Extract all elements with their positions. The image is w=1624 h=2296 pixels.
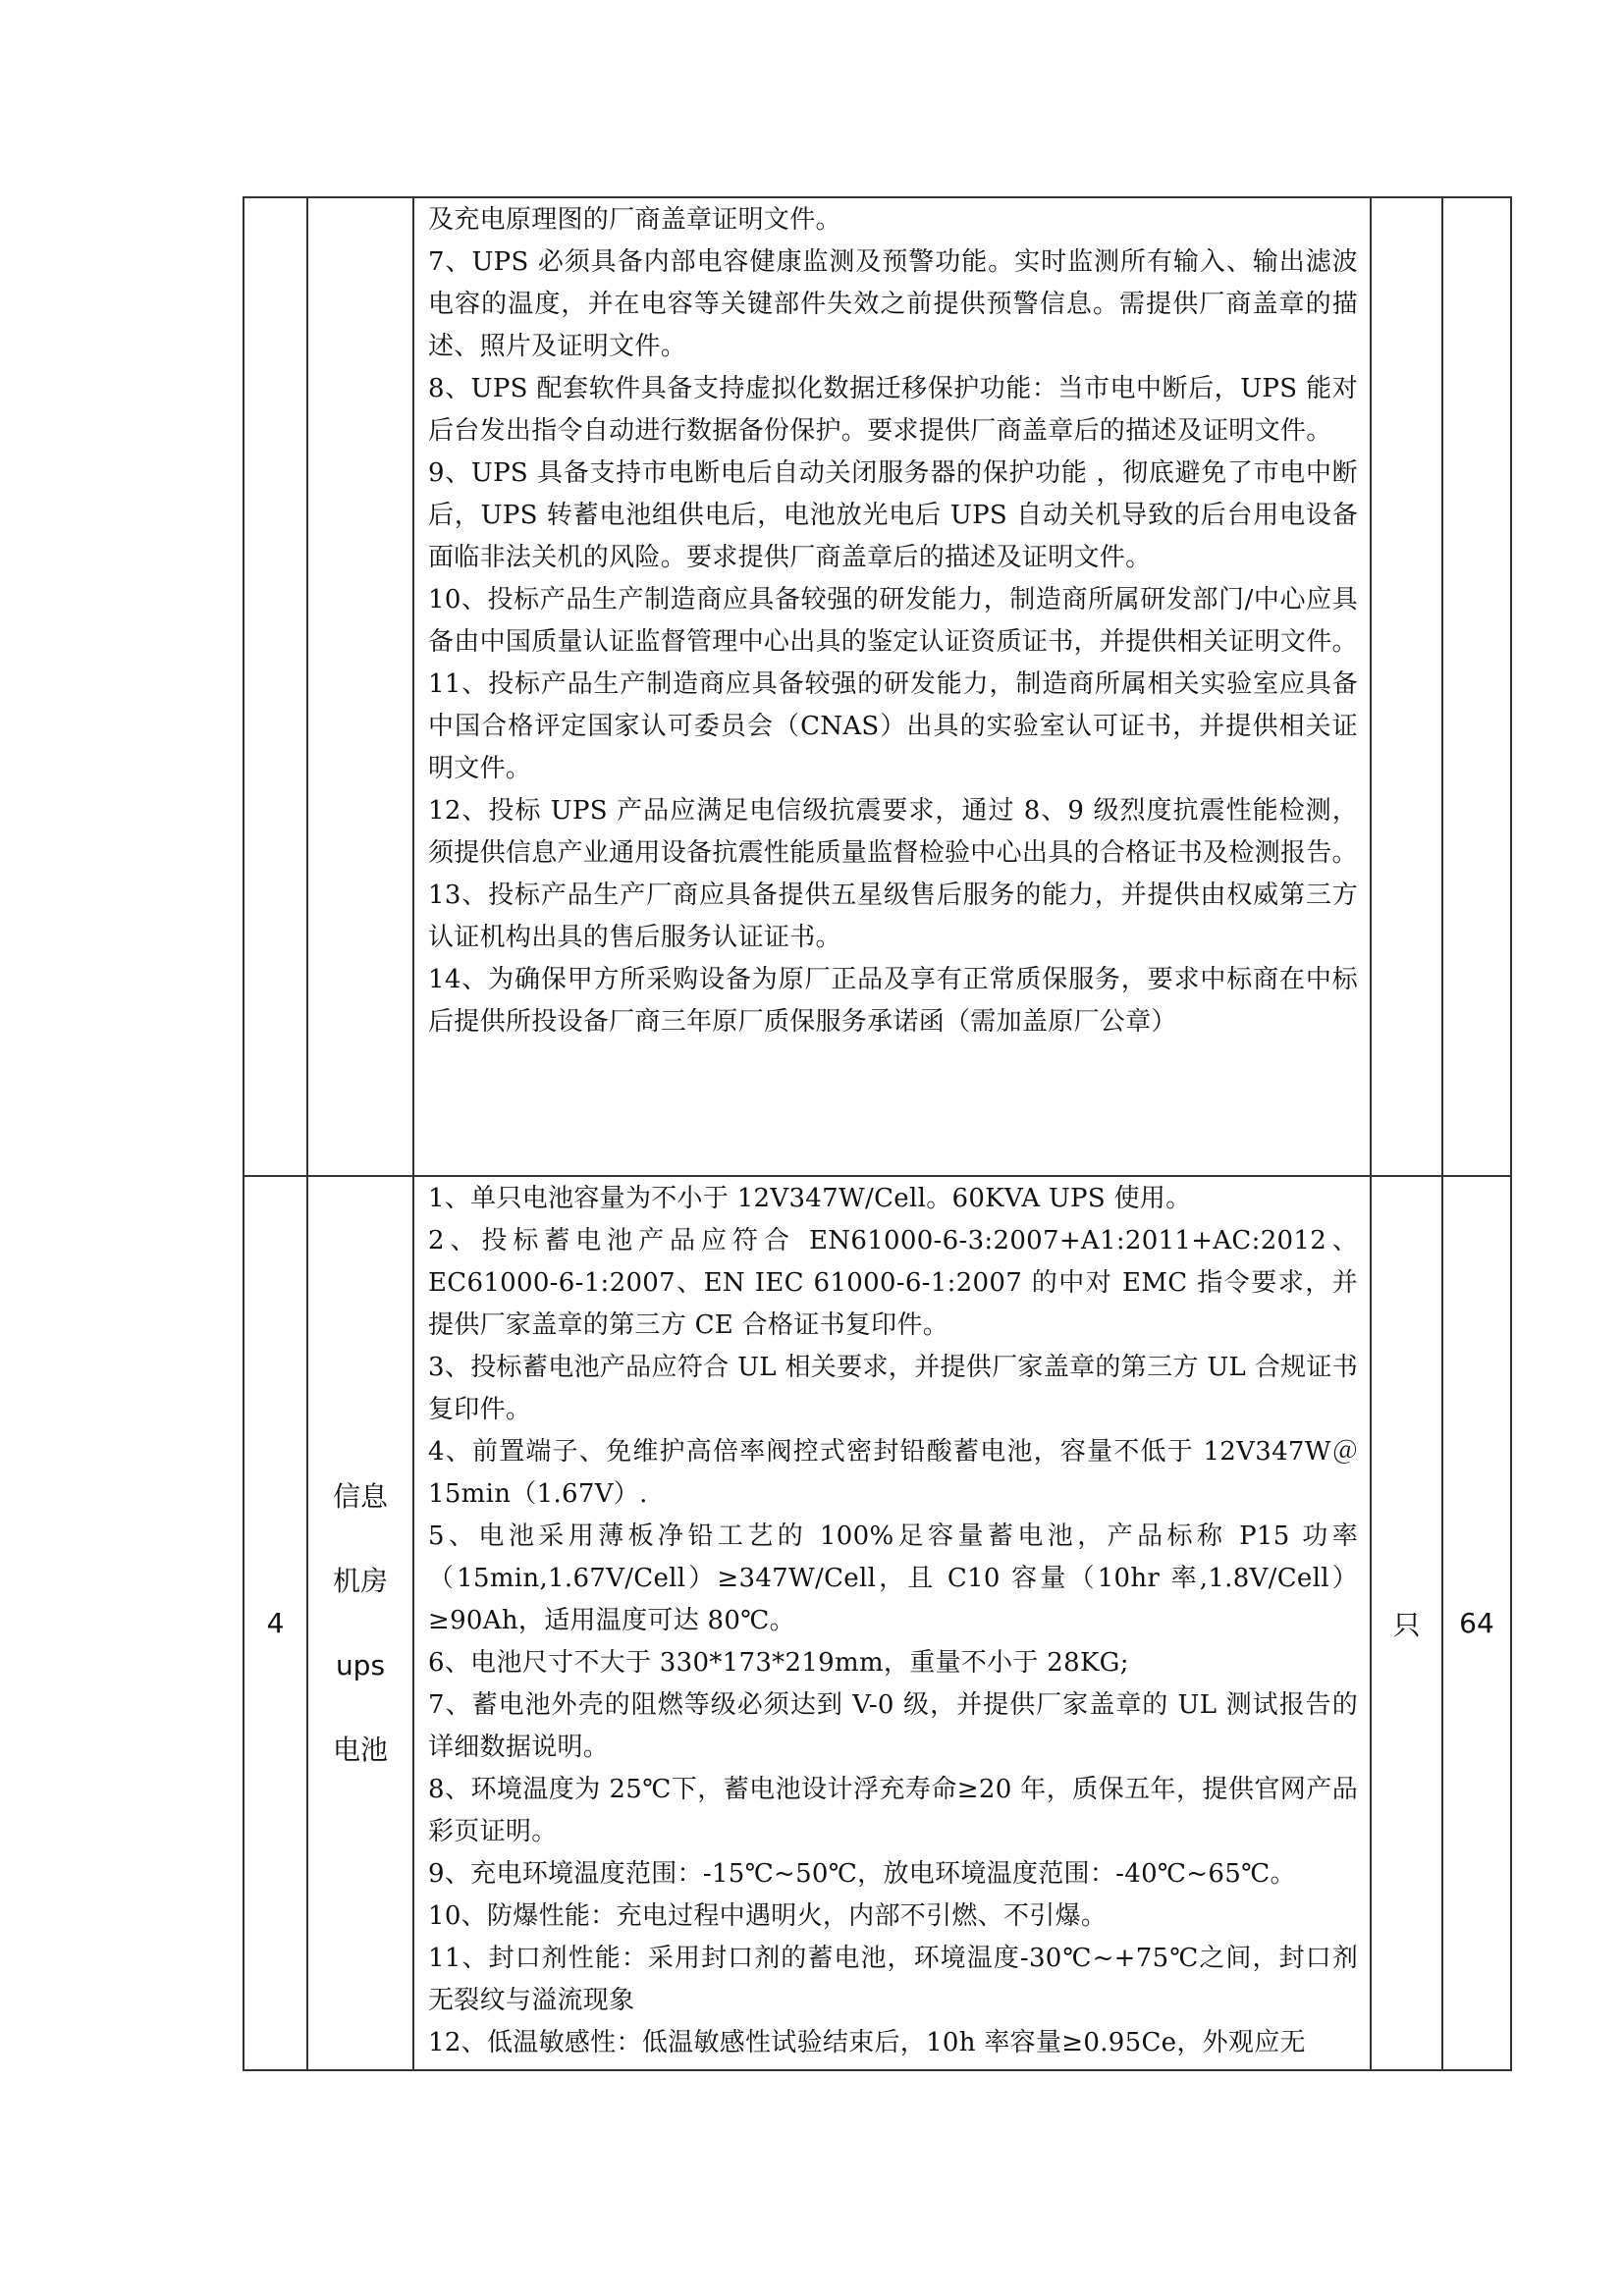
item-number-cell: 4 — [244, 1176, 307, 2070]
spec-paragraph: 2、投标蓄电池产品应符合 EN61000-6-3:2007+A1:2011+AC… — [428, 1220, 1358, 1347]
spec-paragraph: 9、充电环境温度范围：-15℃~50℃，放电环境温度范围：-40℃~65℃。 — [428, 1853, 1358, 1896]
item-description-cell: 1、单只电池容量为不小于 12V347W/Cell。60KVA UPS 使用。 … — [413, 1176, 1371, 2070]
spec-paragraph: 4、前置端子、免维护高倍率阀控式密封铅酸蓄电池，容量不低于 12V347W＠15… — [428, 1431, 1358, 1516]
spec-paragraph: 7、蓄电池外壳的阻燃等级必须达到 V-0 级，并提供厂家盖章的 UL 测试报告的… — [428, 1684, 1358, 1769]
spec-paragraph: 9、UPS 具备支持市电断电后自动关闭服务器的保护功能 ，彻底避免了市电中断后，… — [428, 453, 1358, 579]
spec-paragraph: 6、电池尺寸不大于 330*173*219mm，重量不小于 28KG; — [428, 1642, 1358, 1684]
item-name-line: 电池 — [333, 1729, 388, 1772]
spec-paragraph: 11、投标产品生产制造商应具备较强的研发能力，制造商所属相关实验室应具备中国合格… — [428, 664, 1358, 790]
spec-paragraph: 8、UPS 配套软件具备支持虚拟化数据迁移保护功能：当市电中断后，UPS 能对后… — [428, 368, 1358, 453]
item-name-line: ups — [336, 1644, 385, 1687]
spec-paragraph: 5、电池采用薄板净铅工艺的 100%足容量蓄电池，产品标称 P15 功率（15m… — [428, 1516, 1358, 1642]
quantity-cell: 64 — [1442, 1176, 1511, 2070]
unit-cell — [1371, 197, 1442, 1176]
spec-paragraph: 3、投标蓄电池产品应符合 UL 相关要求，并提供厂家盖章的第三方 UL 合规证书… — [428, 1347, 1358, 1431]
spec-paragraph: 13、投标产品生产厂商应具备提供五星级售后服务的能力，并提供由权威第三方认证机构… — [428, 875, 1358, 959]
item-name-line: 机房 — [333, 1560, 388, 1603]
spec-paragraph: 12、低温敏感性：低温敏感性试验结束后，10h 率容量≥0.95Ce，外观应无 — [428, 2022, 1358, 2064]
document-page: 及充电原理图的厂商盖章证明文件。 7、UPS 必须具备内部电容健康监测及预警功能… — [0, 0, 1624, 2296]
item-name-cell — [307, 197, 413, 1176]
item-name-cell: 信息 机房 ups 电池 — [307, 1176, 413, 2070]
spec-paragraph: 8、环境温度为 25℃下，蓄电池设计浮充寿命≥20 年，质保五年，提供官网产品彩… — [428, 1769, 1358, 1853]
unit-cell: 只 — [1371, 1176, 1442, 2070]
quantity-cell — [1442, 197, 1511, 1176]
spec-paragraph: 及充电原理图的厂商盖章证明文件。 — [428, 199, 1358, 241]
spec-paragraph: 7、UPS 必须具备内部电容健康监测及预警功能。实时监测所有输入、输出滤波电容的… — [428, 241, 1358, 368]
item-number-cell — [244, 197, 307, 1176]
table-row-item-4: 4 信息 机房 ups 电池 1、单只电池容量为不小于 12V347W/Cell… — [244, 1176, 1511, 2070]
spec-paragraph: 11、封口剂性能：采用封口剂的蓄电池，环境温度-30℃~+75℃之间，封口剂无裂… — [428, 1938, 1358, 2022]
spec-table: 及充电原理图的厂商盖章证明文件。 7、UPS 必须具备内部电容健康监测及预警功能… — [243, 196, 1512, 2071]
spec-paragraph: 14、为确保甲方所采购设备为原厂正品及享有正常质保服务，要求中标商在中标后提供所… — [428, 959, 1358, 1043]
item-name-line: 信息 — [333, 1475, 388, 1519]
item-description-cell: 及充电原理图的厂商盖章证明文件。 7、UPS 必须具备内部电容健康监测及预警功能… — [413, 197, 1371, 1176]
table-row-continued: 及充电原理图的厂商盖章证明文件。 7、UPS 必须具备内部电容健康监测及预警功能… — [244, 197, 1511, 1176]
spec-paragraph: 1、单只电池容量为不小于 12V347W/Cell。60KVA UPS 使用。 — [428, 1178, 1358, 1220]
spec-paragraph: 10、投标产品生产制造商应具备较强的研发能力，制造商所属研发部门/中心应具备由中… — [428, 579, 1358, 664]
spec-paragraph: 10、防爆性能：充电过程中遇明火，内部不引燃、不引爆。 — [428, 1896, 1358, 1938]
spec-paragraph: 12、投标 UPS 产品应满足电信级抗震要求，通过 8、9 级烈度抗震性能检测，… — [428, 790, 1358, 875]
